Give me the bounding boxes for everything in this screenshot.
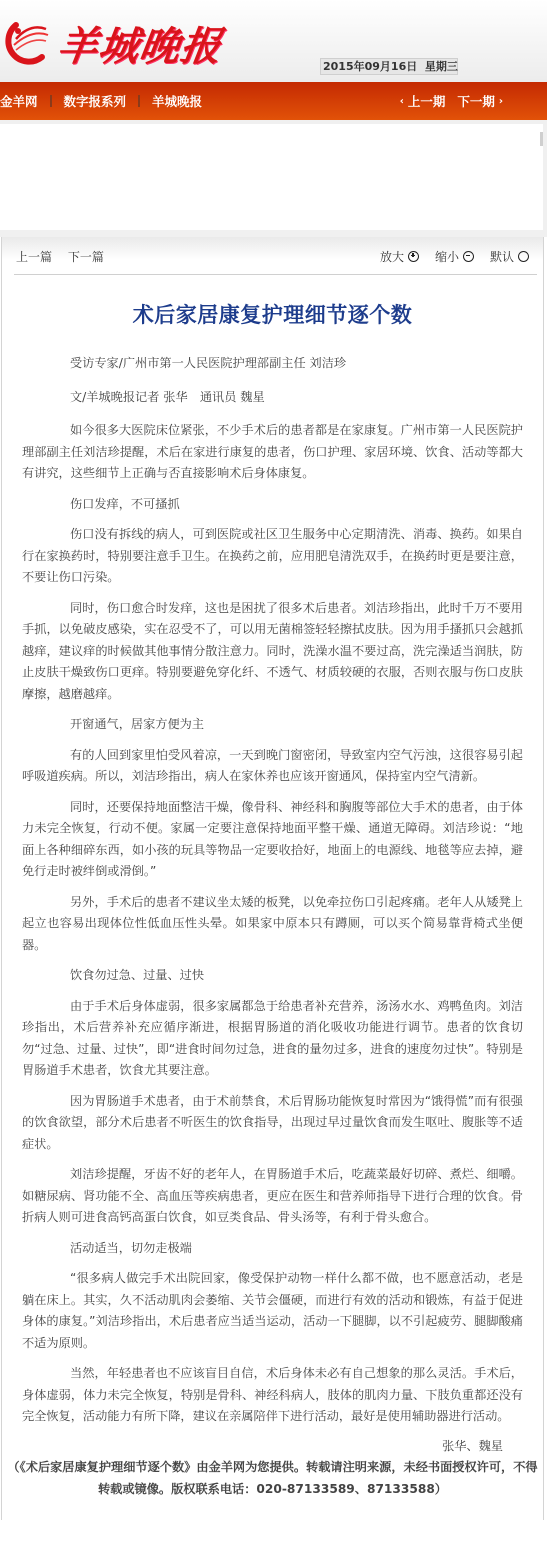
zoom-out-label: 缩小 [435, 248, 459, 265]
toolbar-divider [14, 274, 537, 275]
nav-separator [50, 95, 52, 107]
date-display: 2015年09月16日 星期三 [320, 58, 458, 75]
copyright-notice: （《术后家居康复护理细节逐个数》由金羊网为您提供。转载请注明来源，未经书面授权许… [2, 1456, 543, 1520]
spacer [0, 230, 547, 237]
weekday: 星期三 [425, 60, 458, 73]
section-heading: 饮食勿过急、过量、过快 [22, 965, 523, 987]
site-header: 羊城晚报 2015年09月16日 星期三 [0, 0, 547, 82]
paragraph: “很多病人做完手术出院回家，像受保护动物一样什么都不做，也不愿意活动，老是躺在床… [22, 1268, 523, 1354]
paragraph: 伤口没有拆线的病人，可到医院或社区卫生服务中心定期清洗、消毒、换药。如果自行在家… [22, 524, 523, 589]
logo-text: 羊城晚报 [54, 15, 226, 72]
nav-link-digital-series[interactable]: 数字报系列 [64, 92, 127, 110]
zoom-out-button[interactable]: 缩小 [435, 248, 474, 265]
zoom-in-button[interactable]: 放大 [380, 248, 419, 265]
section-heading: 伤口发痒，不可搔抓 [22, 494, 523, 516]
article-panel: 上一篇 下一篇 放大 缩小 默认 术后家居康复护理细节逐个数 受访专家/广州市第… [1, 237, 544, 1520]
zoom-in-label: 放大 [380, 248, 404, 265]
reset-size-button[interactable]: 默认 [490, 248, 529, 265]
date: 2015年09月16日 [323, 60, 417, 73]
article-byline: 文/羊城晚报记者 张华 通讯员 魏星 [22, 387, 523, 409]
next-issue-link[interactable]: 下一期 [457, 92, 495, 110]
nav-link-jinyangwang[interactable]: 金羊网 [0, 92, 38, 110]
prev-issue-link[interactable]: 上一期 [408, 92, 446, 110]
paragraph: 由于手术后身体虚弱，很多家属都急于给患者补充营养，汤汤水水、鸡鸭鱼肉。刘洁珍指出… [22, 996, 523, 1082]
article-toolbar: 上一篇 下一篇 放大 缩小 默认 [2, 237, 543, 269]
chevron-right-icon: › [499, 96, 503, 107]
paragraph: 当然，年轻患者也不应该盲目自信，术后身体未必有自己想象的那么灵活。手术后，身体虚… [22, 1363, 523, 1428]
plus-circle-icon [408, 251, 419, 262]
chevron-left-icon: ‹ [400, 96, 404, 107]
article-signature: 张华、魏星 [2, 1437, 543, 1454]
paragraph: 同时，还要保持地面整洁干燥，像骨科、神经科和胸腹等部位大手术的患者，由于体力未完… [22, 797, 523, 883]
section-heading: 活动适当，切勿走极端 [22, 1238, 523, 1260]
top-nav: 金羊网 数字报系列 羊城晚报 ‹ 上一期 下一期 › [0, 82, 547, 120]
paragraph: 另外，手术后的患者不建议坐太矮的板凳，以免牵拉伤口引起疼痛。老年人从矮凳上起立也… [22, 892, 523, 957]
circle-icon [518, 251, 529, 262]
paragraph: 有的人回到家里怕受风着凉，一天到晚门窗密闭，导致室内空气污浊，这很容易引起呼吸道… [22, 745, 523, 788]
article-body: 受访专家/广州市第一人民医院护理部副主任 刘洁珍 文/羊城晚报记者 张华 通讯员… [2, 353, 543, 1428]
paragraph: 同时，伤口愈合时发痒，这也是困扰了很多术后患者。刘洁珍指出，此时千万不要用手抓，… [22, 598, 523, 706]
article-expert: 受访专家/广州市第一人民医院护理部副主任 刘洁珍 [22, 353, 523, 375]
paragraph: 如今很多大医院床位紧张，不少手术后的患者都是在家康复。广州市第一人民医院护理部副… [22, 420, 523, 485]
next-article-link[interactable]: 下一篇 [68, 250, 104, 264]
nav-separator [138, 95, 140, 107]
paragraph: 刘洁珍提醒，牙齿不好的老年人，在胃肠道手术后，吃蔬菜最好切碎、煮烂、细嚼。如糖尿… [22, 1164, 523, 1229]
minus-circle-icon [463, 251, 474, 262]
ad-frame [0, 120, 547, 230]
paragraph: 因为胃肠道手术患者，由于术前禁食，术后胃肠功能恢复时常因为“饿得慌”而有很强的饮… [22, 1091, 523, 1156]
nav-link-ycwb[interactable]: 羊城晚报 [152, 92, 202, 110]
reset-label: 默认 [490, 248, 514, 265]
logo[interactable]: 羊城晚报 [2, 12, 222, 74]
article-title: 术后家居康复护理细节逐个数 [2, 299, 543, 329]
ad-scrollbar[interactable] [540, 132, 543, 146]
section-heading: 开窗通气，居家方便为主 [22, 714, 523, 736]
logo-emblem-icon [2, 17, 54, 69]
prev-article-link[interactable]: 上一篇 [16, 250, 52, 264]
